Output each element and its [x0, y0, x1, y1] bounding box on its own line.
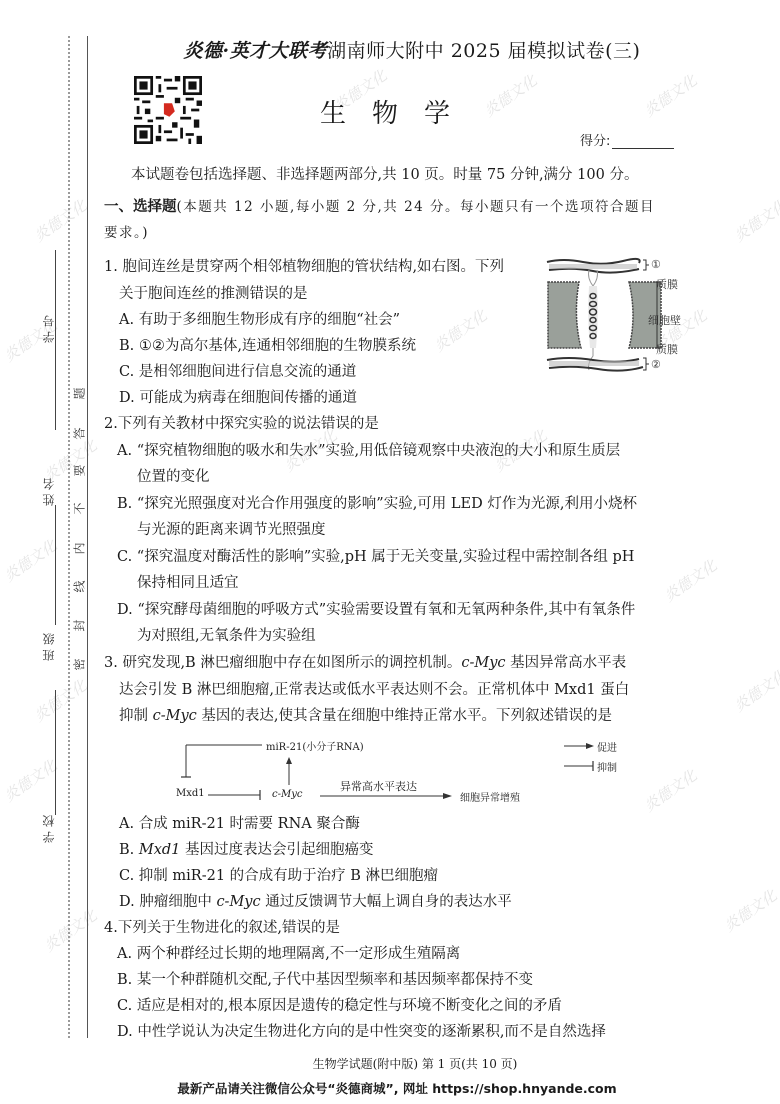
- watermark: 炎德文化: [729, 665, 780, 717]
- score-label: 得分:: [580, 134, 610, 149]
- q2-stem-text: 下列有关教材中探究实验的说法错误的是: [118, 416, 379, 432]
- q3-option-d[interactable]: D. 肿瘤细胞中 c-Myc 通过反馈调节大幅上调自身的表达水平: [119, 892, 512, 912]
- footer-ad-link[interactable]: 最新产品请关注微信公众号“炎德商城”, 网址 https://shop.hnya…: [0, 1079, 780, 1097]
- binding-dotted-line: [68, 36, 70, 1038]
- q3-b-prefix: B.: [119, 842, 139, 858]
- q2-stem: 2.下列有关教材中探究实验的说法错误的是: [104, 414, 379, 434]
- diagram-mxd1: Mxd1: [176, 788, 205, 799]
- q2-option-b[interactable]: B. “探究光照强度对光合作用强度的影响”实验,可用 LED 灯作为光源,利用小…: [117, 494, 637, 514]
- field-line-number: [55, 250, 56, 370]
- q3-option-a[interactable]: A. 合成 miR-21 时需要 RNA 聚合酶: [119, 814, 360, 834]
- watermark: 炎德文化: [0, 755, 61, 807]
- section-title: 一、选择题: [104, 199, 177, 215]
- section-heading: 一、选择题(本题共 12 小题,每小题 2 分,共 24 分。每小题只有一个选项…: [104, 197, 655, 217]
- watermark: 炎德文化: [479, 70, 540, 122]
- q2-number: 2.: [104, 416, 118, 432]
- field-label-school: 学 校: [40, 815, 57, 843]
- q2-option-c[interactable]: C. “探究温度对酶活性的影响”实验,pH 属于无关变量,实验过程中需控制各组 …: [117, 547, 634, 567]
- fig1-label-plasma-membrane-bottom: 质膜: [656, 341, 678, 357]
- field-line-class: [55, 690, 56, 815]
- watermark: 炎德文化: [39, 905, 100, 957]
- q3-stem-line3: 抑制 c-Myc 基因的表达,使其含量在细胞中维持正常水平。下列叙述错误的是: [119, 706, 612, 726]
- q3-stem-a: 研究发现,B 淋巴瘤细胞中存在如图所示的调控机制。: [122, 655, 461, 671]
- watermark: 炎德文化: [659, 555, 720, 607]
- q3-stem-b: 基因异常高水平表: [506, 655, 627, 671]
- q1-option-b[interactable]: B. ①②为高尔基体,连通相邻细胞的生物膜系统: [119, 336, 416, 356]
- field-line-name: [55, 370, 56, 430]
- watermark: 炎德文化: [29, 195, 90, 247]
- q4-stem-text: 下列关于生物进化的叙述,错误的是: [118, 920, 340, 936]
- diagram-mir21: miR-21(小分子RNA): [266, 738, 364, 753]
- q3-b-gene: Mxd1: [139, 842, 181, 858]
- subject-title: 生物学: [320, 93, 476, 130]
- q3-d-text: 通过反馈调节大幅上调自身的表达水平: [261, 894, 512, 910]
- q3-number: 3.: [104, 655, 118, 671]
- seal-char: 题: [71, 387, 88, 401]
- q1-option-a[interactable]: A. 有助于多细胞生物形成有序的细胞“社会”: [119, 310, 400, 330]
- q1-option-c[interactable]: C. 是相邻细胞间进行信息交流的通道: [119, 362, 356, 382]
- field-label-class: 班 级: [40, 633, 57, 661]
- q2-option-c-cont: 保持相同且适宜: [137, 573, 239, 593]
- score-field[interactable]: 得分:: [580, 130, 674, 149]
- diagram-abnormal-expression: 异常高水平表达: [340, 778, 417, 794]
- fig1-label-1: ①: [651, 258, 661, 271]
- q1-stem-line2: 关于胞间连丝的推测错误的是: [119, 284, 308, 304]
- q3-stem3-a: 抑制: [119, 708, 153, 724]
- q3-d-prefix: D. 肿瘤细胞中: [119, 894, 216, 910]
- seal-char: 线: [71, 580, 88, 594]
- field-label-student-number: 学 号: [40, 315, 57, 343]
- watermark: 炎德文化: [729, 195, 780, 247]
- q1-stem-line1: 胞间连丝是贯穿两个相邻植物细胞的管状结构,如右图。下列: [122, 259, 504, 275]
- q4-number: 4.: [104, 920, 118, 936]
- regulation-diagram: miR-21(小分子RNA) Mxd1 c-Myc 异常高水平表达 细胞异常增殖…: [160, 735, 690, 825]
- q3-stem-line2: 达会引发 B 淋巴细胞瘤,正常表达或低水平表达则不会。正常机体中 Mxd1 蛋白: [119, 680, 629, 700]
- q1-option-d[interactable]: D. 可能成为病毒在细胞间传播的通道: [119, 388, 357, 408]
- q3-d-gene: c-Myc: [216, 894, 260, 910]
- q3-option-b[interactable]: B. Mxd1 基因过度表达会引起细胞癌变: [119, 840, 374, 860]
- exam-brand: 炎德·英才大联考: [184, 40, 328, 62]
- field-label-name: 姓 名: [40, 478, 57, 506]
- q4-option-a[interactable]: A. 两个种群经过长期的地理隔离,不一定形成生殖隔离: [117, 944, 460, 964]
- seal-char: 密: [71, 658, 88, 672]
- watermark: 炎德文化: [29, 675, 90, 727]
- seal-char: 不: [71, 502, 88, 516]
- exam-title: 炎德·英才大联考湖南师大附中 2025 届模拟试卷(三): [0, 36, 780, 63]
- q4-option-b[interactable]: B. 某一个种群随机交配,子代中基因型频率和基因频率都保持不变: [117, 970, 533, 990]
- q3-option-c[interactable]: C. 抑制 miR-21 的合成有助于治疗 B 淋巴细胞瘤: [119, 866, 438, 886]
- seal-char: 答: [71, 427, 88, 441]
- seal-char: 内: [71, 542, 88, 556]
- watermark: 炎德文化: [639, 70, 700, 122]
- watermark: 炎德文化: [719, 885, 780, 937]
- q1-stem: 1. 胞间连丝是贯穿两个相邻植物细胞的管状结构,如右图。下列: [104, 257, 504, 277]
- q2-option-d[interactable]: D. “探究酵母菌细胞的呼吸方式”实验需要设置有氧和无氧两种条件,其中有氧条件: [117, 600, 635, 620]
- diagram-abnormal-proliferation: 细胞异常增殖: [460, 789, 520, 804]
- q1-number: 1.: [104, 259, 118, 275]
- section-note-cont: 要求。): [104, 223, 149, 243]
- q3-stem3-b: 基因的表达,使其含量在细胞中维持正常水平。下列叙述错误的是: [197, 708, 612, 724]
- diagram-cmyc: c-Myc: [272, 789, 302, 800]
- legend-promote: 促进: [597, 739, 617, 754]
- exam-title-text: 湖南师大附中 2025 届模拟试卷(三): [327, 40, 640, 62]
- q3-b-text: 基因过度表达会引起细胞癌变: [180, 842, 373, 858]
- q2-option-a-cont: 位置的变化: [137, 467, 210, 487]
- exam-intro: 本试题卷包括选择题、非选择题两部分,共 10 页。时量 75 分钟,满分 100…: [131, 165, 638, 185]
- fig1-label-plasma-membrane-top: 质膜: [656, 276, 678, 292]
- seal-char: 要: [71, 464, 88, 478]
- field-line-name-2: [55, 505, 56, 625]
- score-blank[interactable]: [612, 135, 674, 149]
- q3-stem-line1: 3. 研究发现,B 淋巴瘤细胞中存在如图所示的调控机制。c-Myc 基因异常高水…: [104, 653, 626, 673]
- q3-gene: c-Myc: [153, 708, 197, 724]
- section-note: (本题共 12 小题,每小题 2 分,共 24 分。每小题只有一个选项符合题目: [177, 199, 656, 215]
- fig1-label-2: ②: [651, 358, 661, 371]
- q2-option-d-cont: 为对照组,无氧条件为实验组: [137, 626, 316, 646]
- watermark: 炎德文化: [0, 535, 61, 587]
- q4-option-c[interactable]: C. 适应是相对的,根本原因是遗传的稳定性与环境不断变化之间的矛盾: [117, 996, 562, 1016]
- legend-inhibit: 抑制: [597, 759, 617, 774]
- q4-option-d[interactable]: D. 中性学说认为决定生物进化方向的是中性突变的逐渐累积,而不是自然选择: [117, 1022, 606, 1042]
- page-footer: 生物学试题(附中版) 第 1 页(共 10 页): [0, 1055, 780, 1072]
- q2-option-a[interactable]: A. “探究植物细胞的吸水和失水”实验,用低倍镜观察中央液泡的大小和原生质层: [117, 441, 620, 461]
- seal-char: 封: [71, 619, 88, 633]
- fig1-label-cell-wall: 细胞壁: [648, 312, 681, 328]
- watermark: 炎德文化: [429, 305, 490, 357]
- q4-stem: 4.下列关于生物进化的叙述,错误的是: [104, 918, 340, 938]
- binding-solid-line: [87, 36, 88, 1038]
- q2-option-b-cont: 与光源的距离来调节光照强度: [137, 520, 326, 540]
- q3-gene: c-Myc: [461, 655, 505, 671]
- qr-code-icon[interactable]: [134, 76, 202, 144]
